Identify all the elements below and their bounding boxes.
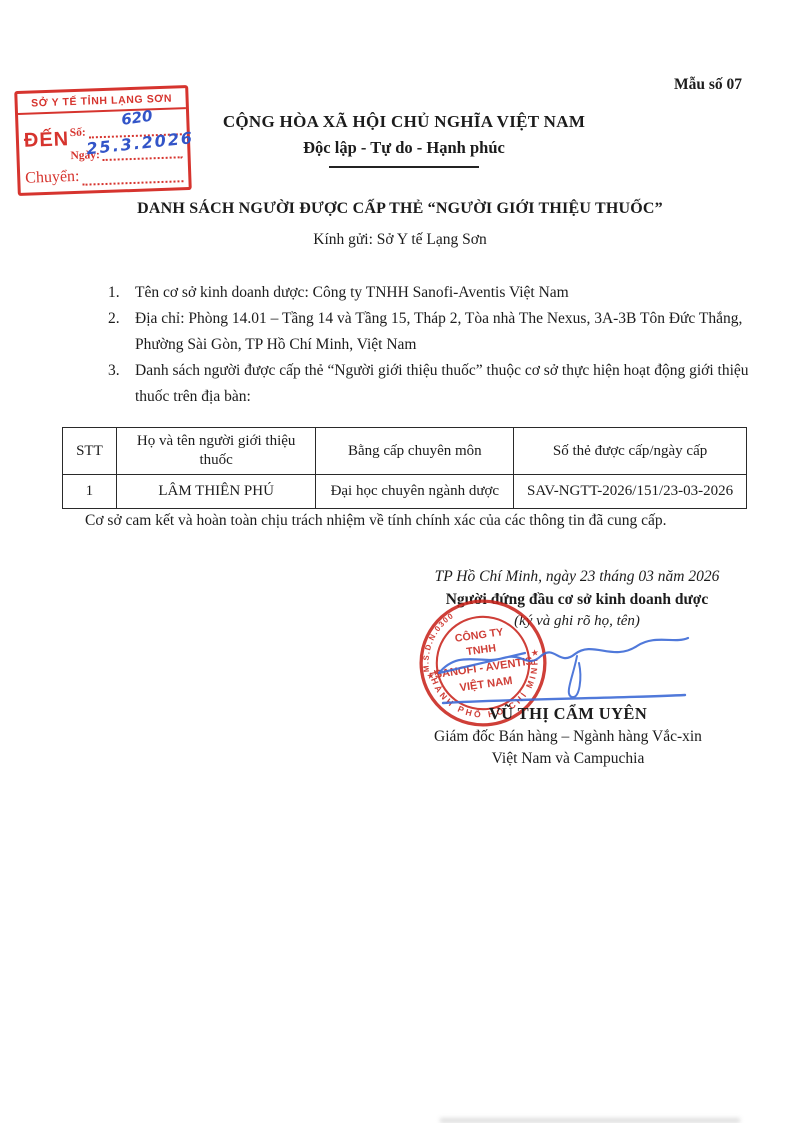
scan-artifact	[440, 1118, 740, 1123]
col-header-name: Họ và tên người giới thiệu thuốc	[116, 428, 316, 475]
signature-underline	[443, 695, 685, 703]
cell-degree: Đại học chuyên ngành dược	[316, 475, 514, 509]
signature-flourish	[439, 638, 688, 673]
list-item: 2. Địa chỉ: Phòng 14.01 – Tầng 14 và Tần…	[108, 306, 756, 358]
table-row: 1 LÂM THIÊN PHÚ Đại học chuyên ngành dượ…	[63, 475, 747, 509]
table-header-row: STT Họ và tên người giới thiệu thuốc Bằn…	[63, 428, 747, 475]
recipient-line: Kính gửi: Sở Y tế Lạng Sơn	[0, 231, 800, 249]
signer-name: VŨ THỊ CẨM UYÊN	[398, 704, 738, 724]
list-item-text: Địa chỉ: Phòng 14.01 – Tầng 14 và Tầng 1…	[135, 306, 756, 358]
list-item-number: 3.	[108, 358, 135, 410]
header-underline	[329, 166, 479, 168]
col-header-stt: STT	[63, 428, 117, 475]
form-number: Mẫu số 07	[674, 76, 742, 94]
national-motto-line1: CỘNG HÒA XÃ HỘI CHỦ NGHĨA VIỆT NAM	[8, 112, 800, 132]
list-item: 3. Danh sách người được cấp thẻ “Người g…	[108, 358, 756, 410]
place-date-line: TP Hồ Chí Minh, ngày 23 tháng 03 năm 202…	[402, 568, 752, 586]
list-item-text: Tên cơ sở kinh doanh dược: Công ty TNHH …	[135, 280, 756, 306]
card-holder-table: STT Họ và tên người giới thiệu thuốc Bằn…	[62, 427, 747, 509]
chuyen-dotted-line	[82, 166, 183, 186]
list-item-number: 2.	[108, 306, 135, 358]
signature-ink	[425, 615, 700, 710]
commitment-statement: Cơ sở cam kết và hoàn toàn chịu trách nh…	[85, 512, 747, 530]
cell-name: LÂM THIÊN PHÚ	[116, 475, 316, 509]
signer-role-line1: Giám đốc Bán hàng – Ngành hàng Vắc-xin	[378, 728, 758, 746]
scanned-document-page: Mẫu số 07 SỞ Y TẾ TỈNH LẠNG SƠN ĐẾN Số: …	[0, 0, 800, 1123]
list-item-text: Danh sách người được cấp thẻ “Người giới…	[135, 358, 756, 410]
signature-loop	[569, 656, 581, 697]
list-item-number: 1.	[108, 280, 135, 306]
chuyen-label: Chuyển:	[25, 168, 80, 188]
national-motto-line2: Độc lập - Tự do - Hạnh phúc	[8, 138, 800, 158]
info-list: 1. Tên cơ sở kinh doanh dược: Công ty TN…	[108, 280, 756, 410]
list-item: 1. Tên cơ sở kinh doanh dược: Công ty TN…	[108, 280, 756, 306]
signer-role-line2: Việt Nam và Campuchia	[378, 750, 758, 768]
col-header-degree: Bằng cấp chuyên môn	[316, 428, 514, 475]
national-header: CỘNG HÒA XÃ HỘI CHỦ NGHĨA VIỆT NAM Độc l…	[8, 112, 800, 168]
cell-stt: 1	[63, 475, 117, 509]
col-header-card: Số thẻ được cấp/ngày cấp	[514, 428, 747, 475]
document-title: DANH SÁCH NGƯỜI ĐƯỢC CẤP THẺ “NGƯỜI GIỚI…	[0, 200, 800, 218]
cell-card: SAV-NGTT-2026/151/23-03-2026	[514, 475, 747, 509]
